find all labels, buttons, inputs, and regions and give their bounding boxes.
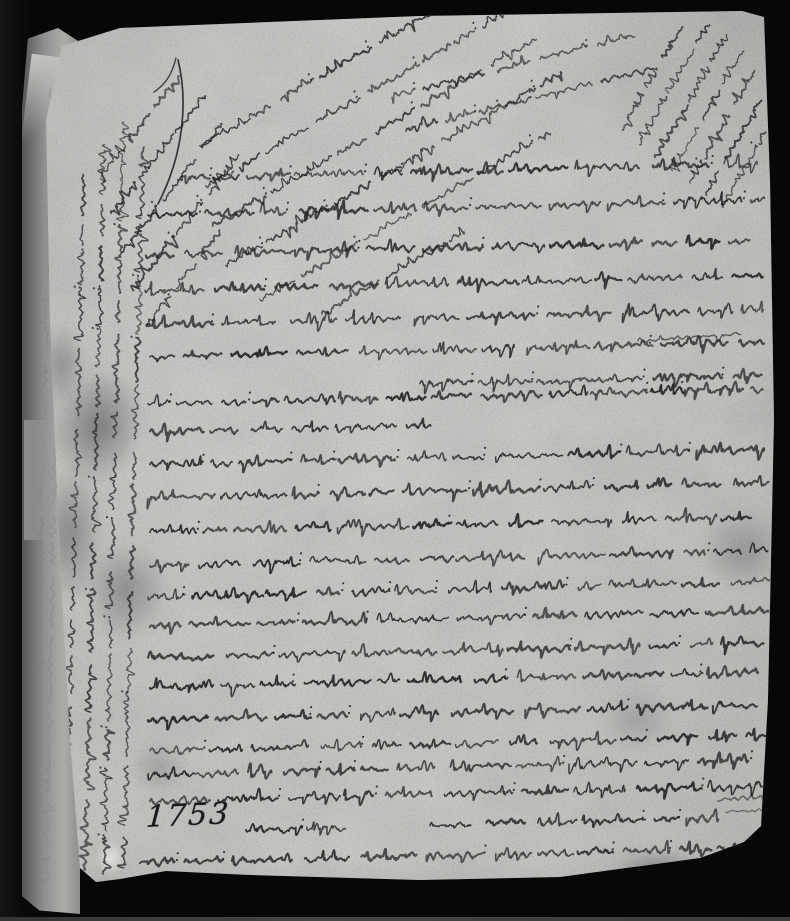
- main-text: [245, 818, 347, 837]
- main-text: [147, 379, 765, 413]
- handwriting-ink-layer: [0, 0, 790, 921]
- main-text: [147, 695, 759, 730]
- main-text: [149, 541, 769, 577]
- top-center-diagonal-annotation: [257, 124, 552, 303]
- main-text: [144, 266, 764, 300]
- main-text: [149, 332, 766, 366]
- top-right-corner-annotation: [651, 31, 732, 162]
- main-text: [147, 750, 753, 784]
- main-text: [149, 601, 770, 635]
- top-right-corner-annotation: [716, 127, 768, 209]
- scan-bottom-edge: [0, 917, 790, 921]
- main-text: [147, 473, 770, 509]
- main-text: [149, 776, 764, 811]
- top-center-diagonal-annotation: [203, 7, 505, 192]
- main-text: [429, 808, 720, 832]
- interlinear-insertion: [718, 792, 768, 802]
- main-text: [148, 662, 759, 699]
- top-center-diagonal-annotation: [319, 225, 465, 318]
- main-text: [149, 726, 768, 761]
- main-text: [147, 190, 766, 225]
- top-right-corner-annotation: [683, 66, 759, 188]
- scan-background: 1753: [0, 0, 790, 921]
- main-text: [147, 633, 765, 669]
- main-text: [419, 366, 763, 394]
- top-upper-annotation: [391, 27, 635, 103]
- top-right-corner-annotation: [634, 20, 712, 147]
- main-text: [149, 506, 753, 541]
- main-text: [179, 154, 759, 188]
- main-text: [145, 230, 751, 264]
- main-text: [146, 300, 765, 336]
- main-text: [149, 440, 766, 475]
- top-center-diagonal-annotation: [210, 31, 539, 233]
- main-text: [147, 572, 771, 605]
- interlinear-insertion: [726, 808, 763, 814]
- top-upper-annotation: [405, 60, 652, 136]
- main-text: [149, 417, 432, 442]
